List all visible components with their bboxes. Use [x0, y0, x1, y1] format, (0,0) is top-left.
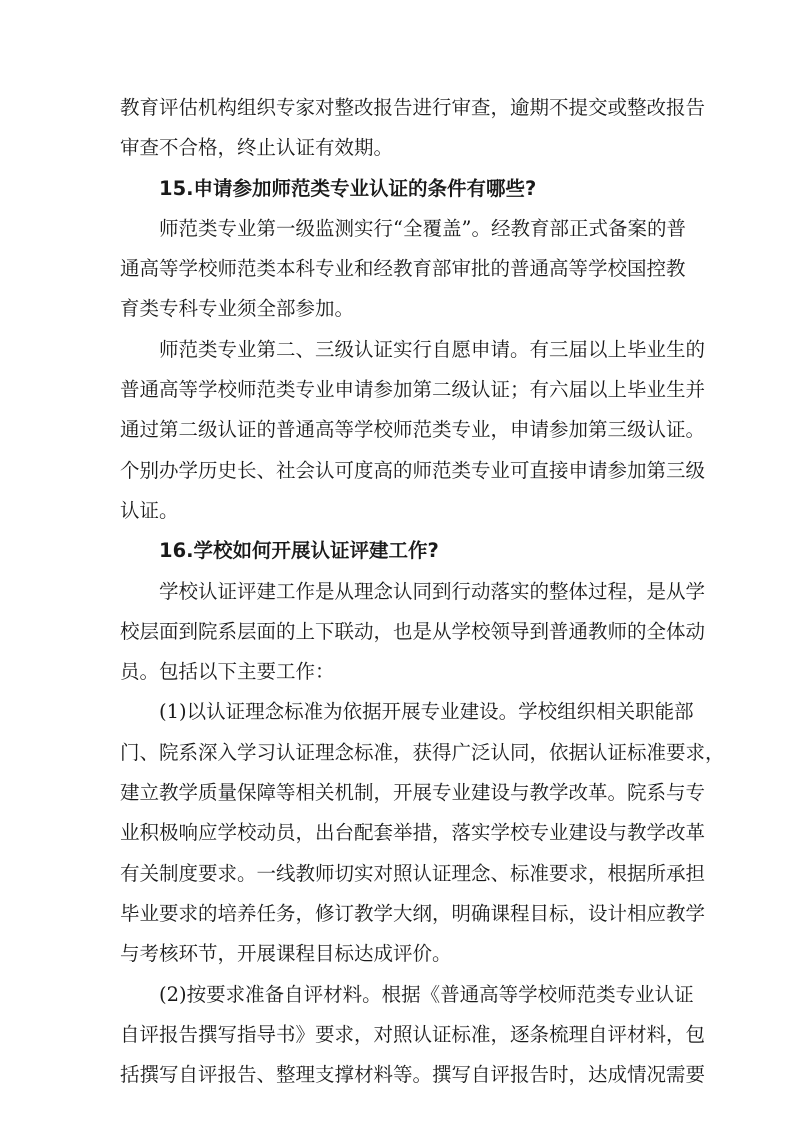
text-line: 与考核环节，开展课程目标达成评价。	[120, 934, 678, 974]
text-line: 认证。	[120, 491, 678, 531]
text-line: 通过第二级认证的普通高等学校师范类专业，申请参加第三级认证。	[120, 410, 678, 450]
text-line: 业积极响应学校动员，出台配套举措，落实学校专业建设与教学改革	[120, 813, 678, 853]
text-line: (1)以认证理念标准为依据开展专业建设。学校组织相关职能部	[120, 692, 678, 732]
paragraph: 师范类专业第一级监测实行“全覆盖”。经教育部正式备案的普 通高等学校师范类本科专…	[120, 209, 678, 330]
text-line: 学校认证评建工作是从理念认同到行动落实的整体过程，是从学	[120, 572, 678, 612]
paragraph: (2)按要求准备自评材料。根据《普通高等学校师范类专业认证 自评报告撰写指导书》…	[120, 975, 678, 1096]
text-line: 审查不合格，终止认证有效期。	[120, 128, 678, 168]
text-line: 校层面到院系层面的上下联动，也是从学校领导到普通教师的全体动	[120, 612, 678, 652]
text-line: 门、院系深入学习认证理念标准，获得广泛认同，依据认证标准要求，	[120, 733, 678, 773]
paragraph: 教育评估机构组织专家对整改报告进行审查，逾期不提交或整改报告 审查不合格，终止认…	[120, 88, 678, 169]
text-line: 师范类专业第一级监测实行“全覆盖”。经教育部正式备案的普	[120, 209, 678, 249]
text-line: 个别办学历史长、社会认可度高的师范类专业可直接申请参加第三级	[120, 451, 678, 491]
text-line: 自评报告撰写指导书》要求，对照认证标准，逐条梳理自评材料，包	[120, 1015, 678, 1055]
paragraph: 师范类专业第二、三级认证实行自愿申请。有三届以上毕业生的 普通高等学校师范类专业…	[120, 330, 678, 531]
paragraph: (1)以认证理念标准为依据开展专业建设。学校组织相关职能部 门、院系深入学习认证…	[120, 692, 678, 974]
text-line: 建立教学质量保障等相关机制，开展专业建设与教学改革。院系与专	[120, 773, 678, 813]
text-line: 育类专科专业须全部参加。	[120, 289, 678, 329]
section-heading-15: 15.申请参加师范类专业认证的条件有哪些?	[120, 169, 678, 209]
text-line: 有关制度要求。一线教师切实对照认证理念、标准要求，根据所承担	[120, 854, 678, 894]
text-line: 员。包括以下主要工作：	[120, 652, 678, 692]
text-line: 普通高等学校师范类专业申请参加第二级认证；有六届以上毕业生并	[120, 370, 678, 410]
text-line: 括撰写自评报告、整理支撑材料等。撰写自评报告时，达成情况需要	[120, 1055, 678, 1095]
text-line: 教育评估机构组织专家对整改报告进行审查，逾期不提交或整改报告	[120, 88, 678, 128]
paragraph: 学校认证评建工作是从理念认同到行动落实的整体过程，是从学 校层面到院系层面的上下…	[120, 572, 678, 693]
text-line: 师范类专业第二、三级认证实行自愿申请。有三届以上毕业生的	[120, 330, 678, 370]
section-heading-16: 16.学校如何开展认证评建工作?	[120, 531, 678, 571]
text-line: 毕业要求的培养任务，修订教学大纲，明确课程目标，设计相应教学	[120, 894, 678, 934]
text-line: 通高等学校师范类本科专业和经教育部审批的普通高等学校国控教	[120, 249, 678, 289]
document-page: 教育评估机构组织专家对整改报告进行审查，逾期不提交或整改报告 审查不合格，终止认…	[120, 88, 678, 1095]
text-line: (2)按要求准备自评材料。根据《普通高等学校师范类专业认证	[120, 975, 678, 1015]
